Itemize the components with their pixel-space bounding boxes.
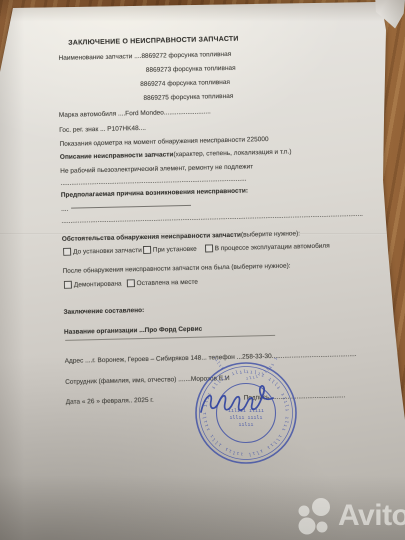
avito-logo-icon bbox=[294, 494, 336, 538]
paper-sheet: ЗАКЛЮЧЕНИЕ О НЕИСПРАВНОСТИ ЗАПЧАСТИ Наим… bbox=[0, 0, 405, 540]
date-value: Дата « 26 » февраля.. 2025 г. bbox=[66, 397, 154, 406]
org-name-line: Название организации ...Про Форд Сервис bbox=[64, 326, 202, 336]
option-before-install: До установки запчасти bbox=[73, 247, 142, 256]
part-name-label: Наименование запчасти .... bbox=[58, 53, 141, 62]
part-name-line: Наименование запчасти ....8869272 форсун… bbox=[58, 51, 231, 62]
description-label-bold: Описание неисправности запчасти bbox=[60, 151, 174, 161]
option-dismounted: Демонтирована bbox=[74, 280, 122, 288]
svg-text:ılıı ıllıı ılıl ıılıı ıllı ııı: ılıı ıllıı ılıl ıılıı ıllı ııılı ılıı ıl… bbox=[211, 357, 280, 381]
avito-watermark: Avito bbox=[294, 494, 405, 538]
option-during-install: При установке bbox=[153, 245, 197, 253]
after-discovery-label: После обнаружения неисправности запчасти… bbox=[62, 263, 290, 275]
cause-value-line: .... bbox=[61, 203, 191, 213]
paper-sheet-wrap: ЗАКЛЮЧЕНИЕ О НЕИСПРАВНОСТИ ЗАПЧАСТИ Наим… bbox=[0, 0, 405, 540]
document-title: ЗАКЛЮЧЕНИЕ О НЕИСПРАВНОСТИ ЗАПЧАСТИ bbox=[68, 36, 239, 47]
cause-ruled-line bbox=[71, 205, 191, 209]
description-label-note: (характер, степень, локализация и т.п.) bbox=[173, 148, 291, 158]
signature bbox=[197, 381, 279, 425]
description-label: Описание неисправности запчасти(характер… bbox=[60, 148, 292, 160]
part-number-3: 8869274 форсунка топливная bbox=[140, 79, 230, 88]
part-number-4: 8869275 форсунка топливная bbox=[143, 93, 233, 102]
checkbox-during-install-icon bbox=[143, 246, 151, 254]
car-brand-line: Марка автомобиля ....Ford Mondeo........… bbox=[59, 108, 211, 119]
checkbox-dismounted-icon bbox=[64, 281, 72, 289]
circumstances-options-row: До установки запчасти При установке В пр… bbox=[63, 242, 330, 256]
odometer-line: Показания одометра на момент обнаружения… bbox=[59, 136, 268, 148]
circumstances-label-bold: Обстоятельства обнаружения неисправности… bbox=[62, 232, 241, 243]
option-left-in-place: Оставлена на месте bbox=[137, 278, 199, 286]
after-discovery-options-row: Демонтирована Оставлена на месте bbox=[64, 278, 198, 289]
part-number-1: 8869272 форсунка топливная bbox=[141, 51, 231, 60]
avito-wordmark: Avito bbox=[338, 494, 405, 538]
conclusion-made-label: Заключение составлено: bbox=[63, 307, 144, 316]
part-number-2: 8869273 форсунка топливная bbox=[146, 65, 236, 74]
checkbox-during-use-icon bbox=[205, 244, 213, 252]
description-value: Не рабочий пьезоэлектрический элемент, р… bbox=[60, 163, 253, 175]
circumstances-label: Обстоятельства обнаружения неисправности… bbox=[62, 230, 300, 243]
option-during-use: В процессе эксплуатации автомобиля bbox=[215, 242, 330, 252]
cause-label: Предполагаемая причина возникновения неи… bbox=[61, 187, 248, 198]
photo-of-document: ЗАКЛЮЧЕНИЕ О НЕИСПРАВНОСТИ ЗАПЧАСТИ Наим… bbox=[0, 0, 405, 540]
reg-plate-line: Гос. рег. знак ... P107HK48.... bbox=[59, 125, 146, 134]
org-name-underline bbox=[65, 335, 275, 341]
filler-dots-line-1: ........................................… bbox=[60, 176, 246, 187]
checkbox-left-in-place-icon bbox=[127, 279, 135, 287]
cause-value-prefix: .... bbox=[61, 206, 68, 213]
circumstances-label-note: (выберите нужное): bbox=[241, 230, 300, 238]
filler-dots-line-2: ........................................… bbox=[61, 210, 401, 225]
checkbox-before-install-icon bbox=[63, 248, 71, 256]
